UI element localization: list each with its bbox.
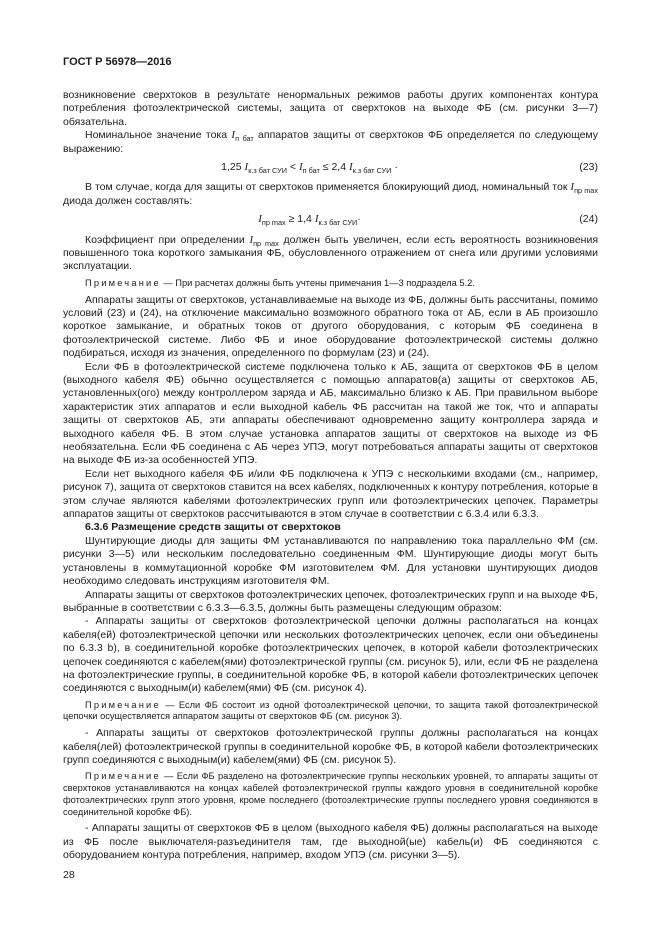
paragraph: возникновение сверхтоков в результате не… bbox=[63, 89, 598, 129]
note-text: — При расчетах должны быть учтены примеч… bbox=[161, 278, 475, 288]
text-run: В том случае, когда для защиты от сверхт… bbox=[85, 181, 570, 193]
formula-24: Iпр max ≥ 1,4 Iк.з бат СУИ· (24) bbox=[63, 213, 598, 226]
note: Примечание — При расчетах должны быть уч… bbox=[63, 278, 598, 290]
subscript: п бат bbox=[303, 166, 320, 175]
subscript: к.з бат СУИ bbox=[248, 166, 287, 175]
subscript: пр max bbox=[574, 187, 598, 196]
equation-number: (23) bbox=[556, 161, 598, 174]
equation-number: (24) bbox=[556, 213, 598, 226]
subscript: к.з бат СУИ bbox=[353, 166, 392, 175]
subscript: п бат bbox=[235, 134, 254, 143]
formula-expression: Iпр max ≥ 1,4 Iк.з бат СУИ· bbox=[63, 213, 556, 226]
section-heading-6-3-6: 6.3.6 Размещение средств защиты от сверх… bbox=[63, 521, 598, 534]
paragraph: В том случае, когда для защиты от сверхт… bbox=[63, 181, 598, 208]
paragraph: Коэффициент при определении Iпр max долж… bbox=[63, 234, 598, 274]
subscript: пр max bbox=[262, 218, 286, 227]
formula-23: 1,25 Iк.з бат СУИ < Iп бат ≤ 2,4 Iк.з ба… bbox=[63, 161, 598, 174]
text-run: ≥ 1,4 bbox=[286, 213, 315, 225]
note-label: Примечание bbox=[85, 771, 161, 781]
document-page: ГОСТ Р 56978—2016 возникновение сверхток… bbox=[0, 0, 661, 935]
text-run: Номинальное значение тока bbox=[85, 129, 231, 141]
list-item-dash: - Аппараты защиты от сверхтоков фотоэлек… bbox=[63, 727, 598, 767]
text-run: < bbox=[287, 161, 299, 173]
note: Примечание — Если ФБ состоит из одной фо… bbox=[63, 700, 598, 723]
page-number: 28 bbox=[63, 869, 598, 882]
paragraph: Аппараты защиты от сверхтоков, устанавли… bbox=[63, 294, 598, 361]
paragraph: Если нет выходного кабеля ФБ и/или ФБ по… bbox=[63, 468, 598, 522]
note-label: Примечание bbox=[85, 278, 161, 288]
paragraph: Номинальное значение тока Iп бат аппарат… bbox=[63, 129, 598, 156]
list-item-dash: - Аппараты защиты от сверхтоков ФБ в цел… bbox=[63, 822, 598, 862]
paragraph: Если ФБ в фотоэлектрической системе подк… bbox=[63, 361, 598, 468]
paragraph: Аппараты защиты от сверхтоков фотоэлектр… bbox=[63, 589, 598, 616]
text-run: · bbox=[391, 161, 397, 173]
note-label: Примечание bbox=[85, 700, 161, 710]
doc-number-header: ГОСТ Р 56978—2016 bbox=[63, 56, 598, 68]
note: Примечание — Если ФБ разделено на фотоэл… bbox=[63, 771, 598, 818]
text-run: Коэффициент при определении bbox=[85, 234, 249, 246]
formula-expression: 1,25 Iк.з бат СУИ < Iп бат ≤ 2,4 Iк.з ба… bbox=[63, 161, 556, 174]
text-run: · bbox=[357, 213, 361, 225]
body-text: возникновение сверхтоков в результате не… bbox=[63, 89, 598, 883]
text-run: 1,25 bbox=[221, 161, 244, 173]
text-run: ≤ 2,4 bbox=[320, 161, 349, 173]
paragraph: Шунтирующие диоды для защиты ФМ устанавл… bbox=[63, 535, 598, 589]
subscript: к.з бат СУИ bbox=[319, 218, 358, 227]
list-item-dash: - Аппараты защиты от сверхтоков фотоэлек… bbox=[63, 615, 598, 695]
text-run: диода должен составлять: bbox=[63, 195, 192, 207]
